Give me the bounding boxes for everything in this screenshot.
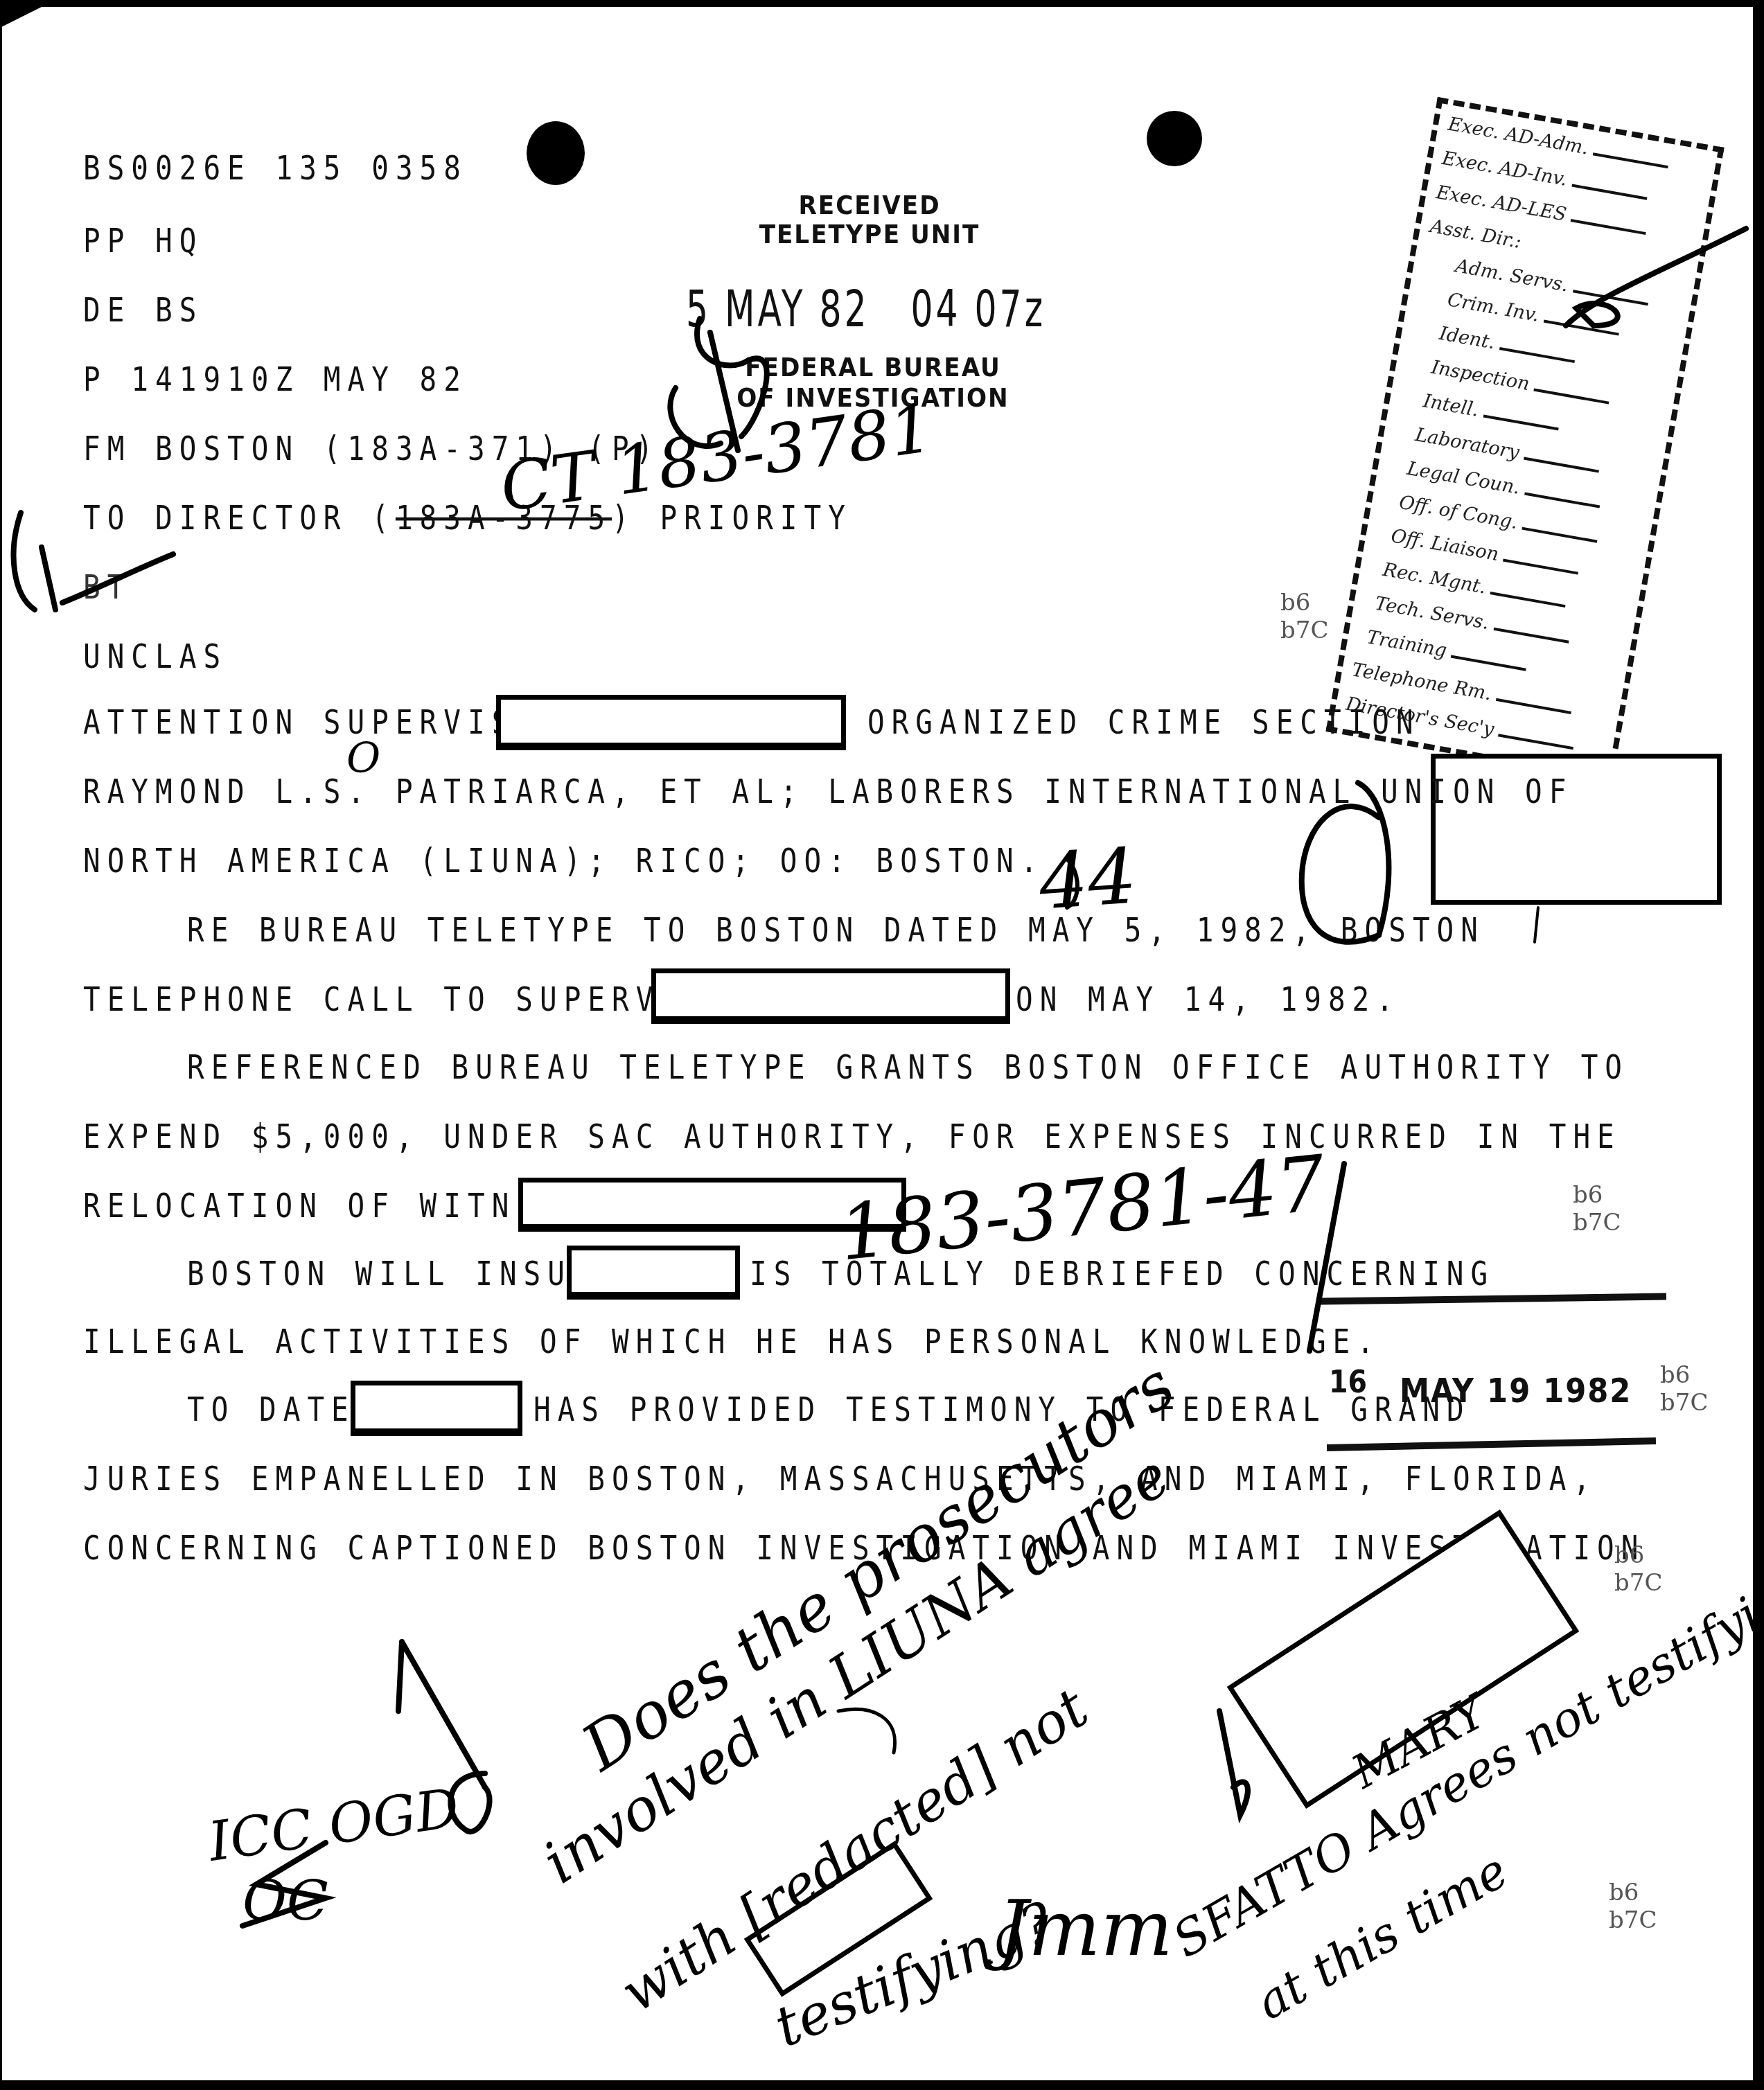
exemption-label: b6b7C [1609,1879,1657,1934]
routing-slip-label: Legal Coun. [1406,458,1522,499]
paragraph-3-line-2: ILLEGAL ACTIVITIES OF WHICH HE HAS PERSO… [83,1326,1381,1358]
routing-slip-stamp: Exec. AD-Adm.Exec. AD-Inv.Exec. AD-LESAs… [1326,97,1725,782]
handwritten-margin-number: 44 [1037,831,1140,926]
paragraph-2-line-3: RELOCATION OF WITNESS [83,1190,588,1223]
classification: UNCLAS [83,641,227,673]
caption-line-2: NORTH AMERICA (LIUNA); RICO; OO: BOSTON. [83,845,1044,878]
handwritten-routing-note-1: ICC OGD [205,1777,464,1874]
caption-line-1: RAYMOND L.S. PATRIARCA, ET AL; LABORERS … [83,776,1573,808]
date-stamp-number: 16 [1329,1365,1367,1400]
redaction-box [651,968,1010,1024]
routing-slip-blank [1543,319,1619,335]
teletype-unit-label: TELETYPE UNIT [741,220,998,249]
handwritten-signature: Jmm [998,1884,1173,1973]
paragraph-3-line-1-prefix: BOSTON WILL INSURE [187,1258,619,1291]
attention-line: ATTENTION SUPERVISOR [83,707,564,739]
received-stamp-title: RECEIVED TELETYPE UNIT [741,191,998,249]
reference-line-1: RE BUREAU TELETYPE TO BOSTON DATED MAY 5… [187,914,1485,947]
scan-border-bottom [0,2080,1764,2090]
reference-line-2-suffix: ON MAY 14, 1982. [1016,984,1400,1016]
routing-slip-blank [1573,290,1648,305]
paragraph-4-line-2: JURIES EMPANELLED IN BOSTON, MASSACHUSET… [83,1463,1597,1496]
routing-slip-blank [1483,414,1558,430]
handwritten-circled-letter: O [346,734,380,783]
received-stamp-datetime: 5 MAY 82 04 07z [686,281,1046,339]
scan-border-top [0,0,1764,7]
routing-slip-label: Rec. Mgnt. [1382,559,1488,599]
scan-border-right [1753,0,1764,2090]
header-line-origin: DE BS [83,294,203,327]
teletype-document: BS0026E 135 0358 PP HQ DE BS P 141910Z M… [0,0,1764,2090]
routing-slip-blank [1534,389,1609,405]
paragraph-2-line-2: EXPEND $5,000, UNDER SAC AUTHORITY, FOR … [83,1121,1621,1153]
routing-slip-label: Laboratory [1413,424,1521,463]
paragraph-2-line-1: REFERENCED BUREAU TELETYPE GRANTS BOSTON… [187,1052,1629,1084]
routing-slip-label: Tech. Servs. [1373,593,1490,634]
agency-line-1: FEDERAL BUREAU [727,352,1018,382]
routing-slip-label: Off. Liaison [1389,525,1500,565]
header-line-datetime-group: P 141910Z MAY 82 [83,364,468,396]
exemption-label: b6b7C [1280,589,1328,644]
redaction-box [351,1381,522,1436]
routing-slip-label: Inspection [1429,357,1531,395]
to-prefix: TO DIRECTOR ( [83,499,396,537]
routing-slip-blank [1593,152,1668,168]
redaction-box [567,1246,740,1300]
date-stamp-rule-bottom [1327,1437,1656,1451]
routing-slip-blank [1496,698,1571,714]
routing-slip-blank [1571,184,1647,200]
attention-section: ORGANIZED CRIME SECTION [867,707,1420,739]
date-stamp-date: MAY 19 1982 [1400,1372,1632,1410]
routing-slip-label: Crim. Inv. [1446,289,1541,326]
routing-slip-blank [1490,592,1566,608]
routing-slip-label: Adm. Servs. [1454,255,1570,296]
routing-slip-label: Intell. [1422,390,1481,421]
routing-slip-label: Ident. [1438,323,1497,354]
header-line-bt: BT [83,572,131,604]
redaction-box [496,695,846,750]
header-line-precedence: PP HQ [83,225,203,258]
routing-slip-label: Exec. AD-Inv. [1440,148,1569,191]
routing-slip-blank [1499,347,1575,363]
exemption-label: b6b7C [1573,1181,1621,1237]
routing-slip-blank [1524,457,1599,473]
scan-corner-shadow [0,0,55,28]
routing-slip-blank [1498,734,1573,750]
routing-slip-blank [1571,219,1646,235]
routing-slip-label: Off. of Cong. [1397,492,1519,534]
punch-hole-right [1147,111,1202,166]
exemption-label: b6b7C [1614,1541,1662,1597]
routing-slip-blank [1524,492,1600,508]
punch-hole-left [527,121,585,185]
received-label: RECEIVED [741,191,998,220]
routing-slip-blank [1503,559,1578,575]
routing-slip-blank [1493,628,1569,644]
header-line-to: TO DIRECTOR (183A-3775) PRIORITY [83,502,852,535]
date-stamp-rule-top [1320,1293,1666,1305]
exemption-label: b6b7C [1660,1361,1708,1417]
attention-prefix: ATTENTION SUPERVISOR [83,703,564,741]
routing-slip-blank [1522,527,1598,543]
routing-slip-item: Asst. Dir.: [1429,215,1524,253]
scan-border-left [0,0,2,2090]
routing-slip-blank [1451,655,1526,671]
routing-slip-label: Asst. Dir.: [1429,215,1524,253]
routing-slip-label: Training [1365,626,1448,662]
header-line-routing-code: BS0026E 135 0358 [83,152,468,185]
handwritten-routing-note-2: OC [242,1870,328,1933]
